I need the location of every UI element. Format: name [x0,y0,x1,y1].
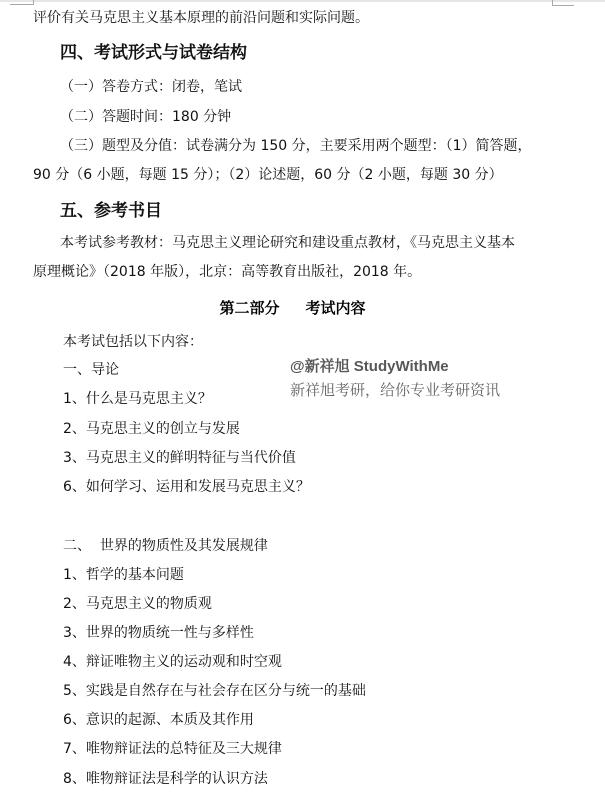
crop-mark-top-left-v [33,0,34,5]
chapter2-item: 1、哲学的基本问题 [63,566,184,584]
part2-title-left: 第二部分 [219,298,279,318]
chapter1-item: 1、什么是马克思主义？ [63,390,212,408]
section5-reference-line1: 本考试参考教材：马克思主义理论研究和建设重点教材，《马克思主义基本 [60,234,515,252]
chapter2-item: 8、唯物辩证法是科学的认识方法 [63,770,268,788]
part2-title: 第二部分考试内容 [0,298,585,318]
chapter2-item: 6、意识的起源、本质及其作用 [63,711,254,729]
section4-heading: 四、考试形式与试卷结构 [60,42,247,64]
chapter2-item: 2、马克思主义的物质观 [63,595,212,613]
crop-mark-top-left-h [10,4,33,5]
section4-item-answer-mode: （一）答卷方式：闭卷，笔试 [60,78,242,96]
crop-mark-top-right-h [552,5,574,6]
page-top-edge [0,0,605,2]
chapter1-item: 3、马克思主义的鲜明特征与当代价值 [63,449,296,467]
chapter1-item: 2、马克思主义的创立与发展 [63,420,240,438]
watermark-tagline: 新祥旭考研，给你专业考研资讯 [290,379,500,400]
intro-tail-text: 评价有关马克思主义基本原理的前沿问题和实际问题。 [33,9,369,27]
section4-item-question-types-line1: （三）题型及分值：试卷满分为 150 分，主要采用两个题型：（1）简答题， [60,137,532,155]
section4-item-duration: （二）答题时间：180 分钟 [60,108,231,126]
section5-heading: 五、参考书目 [60,200,162,222]
chapter1-item: 6、如何学习、运用和发展马克思主义？ [63,478,310,496]
chapter2-item: 4、辩证唯物主义的运动观和时空观 [63,653,282,671]
chapter2-item: 3、世界的物质统一性与多样性 [63,624,254,642]
part2-title-right: 考试内容 [306,298,366,318]
section5-reference-line2: 原理概论》（2018 年版），北京：高等教育出版社，2018 年。 [33,263,421,281]
section4-item-question-types-line2: 90 分（6 小题，每题 15 分）；（2）论述题，60 分（2 小题，每题 3… [33,166,503,184]
chapter2-item: 5、实践是自然存在与社会存在区分与统一的基础 [63,682,366,700]
chapter2-item: 7、唯物辩证法的总特征及三大规律 [63,740,282,758]
chapter1-title: 一、导论 [63,361,119,379]
chapter2-title: 二、 世界的物质性及其发展规律 [63,537,268,555]
watermark-handle: @新祥旭 StudyWithMe [290,355,449,376]
part2-intro: 本考试包括以下内容： [63,333,203,351]
